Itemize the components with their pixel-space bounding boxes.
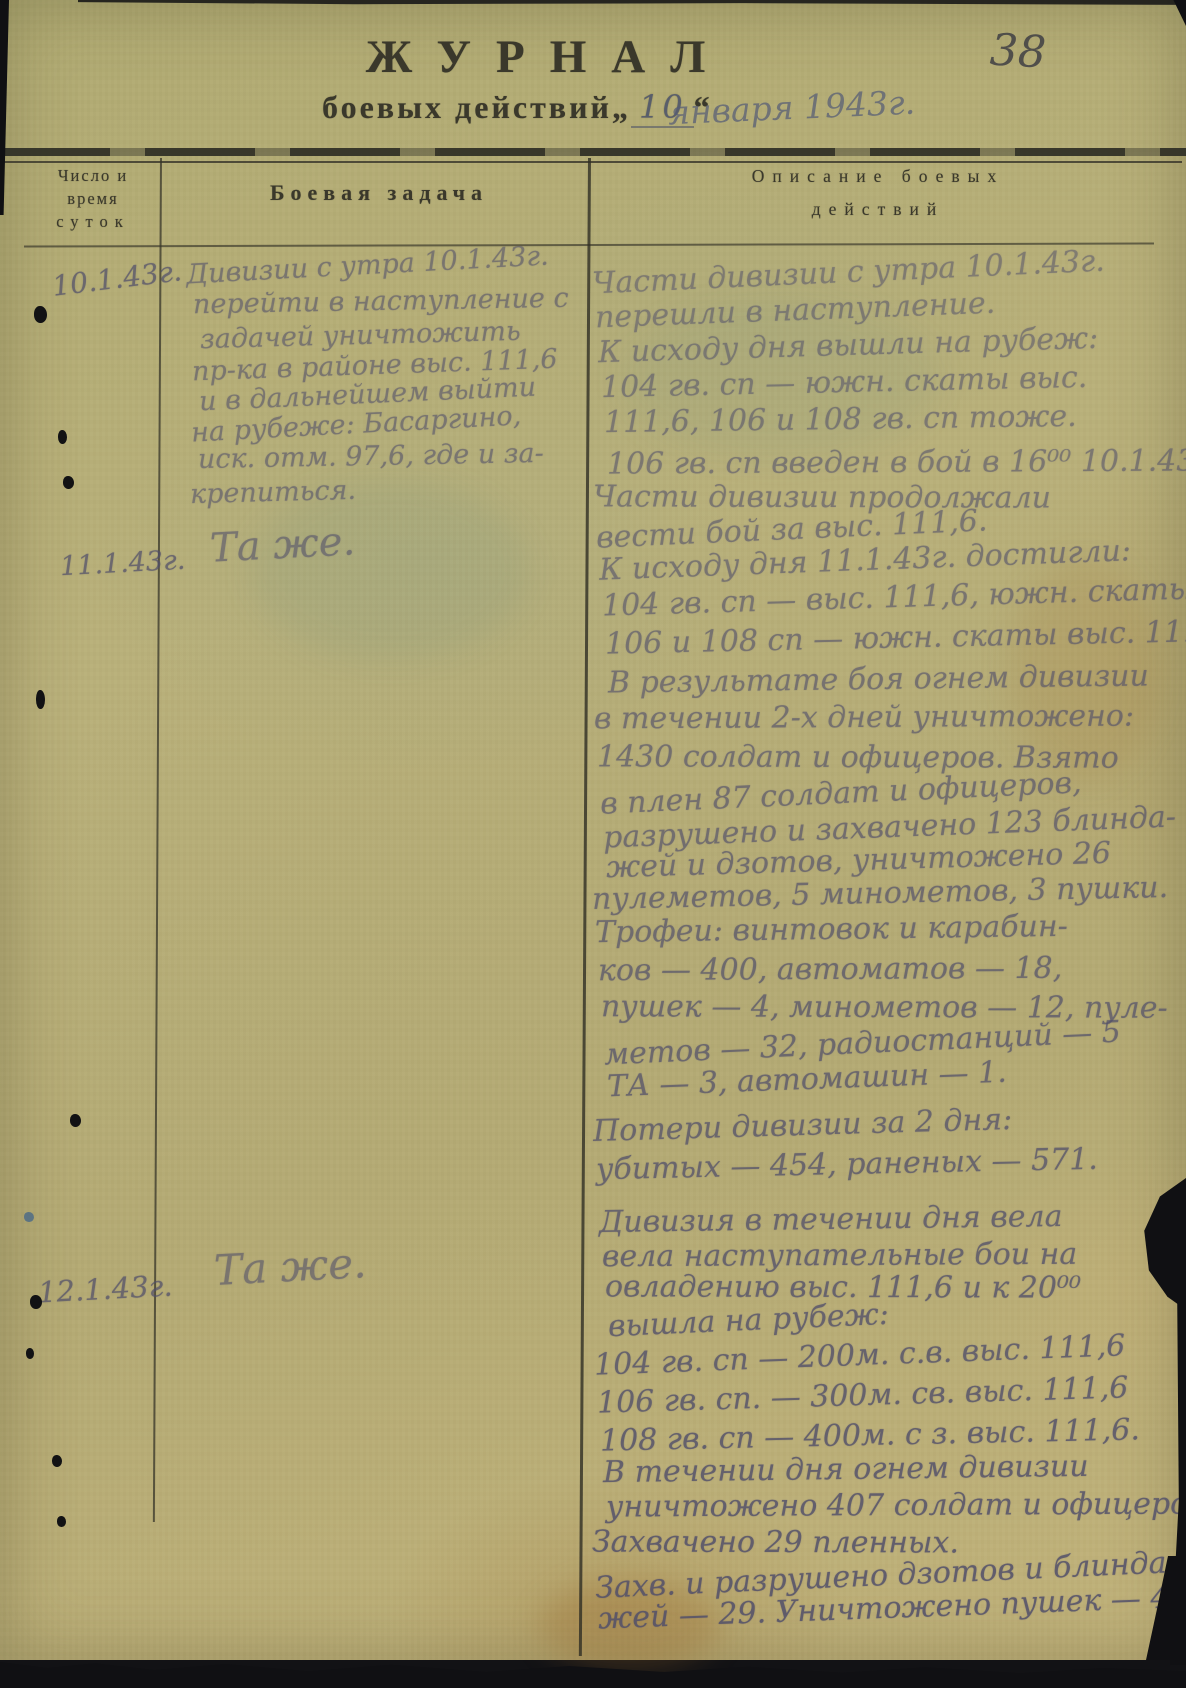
binding-hole [26, 1348, 34, 1359]
description-line: ков — 400, автоматов — 18, [598, 951, 1062, 988]
description-line: В течении дня огнем дивизии [603, 1449, 1089, 1490]
binding-hole [63, 476, 74, 489]
task-line: иск. отм. 97,6, где и за- [198, 438, 544, 475]
column-header-line: Число и [26, 164, 160, 187]
subtitle-open-quote: „ [612, 89, 631, 125]
description-line: Трофеи: винтовок и карабин- [595, 909, 1068, 950]
subtitle-printed-text: боевых действий [322, 89, 612, 125]
description-line: Захвачено 29 пленных. [592, 1525, 959, 1561]
description-line: В результате боя огнем дивизии [608, 658, 1149, 700]
page-number: 38 [989, 25, 1048, 79]
column-header-line: Описание боевых [600, 160, 1156, 193]
description-line: убитых — 454, раненых — 571. [596, 1142, 1098, 1188]
column-header-line: действий [600, 193, 1156, 226]
binding-hole [36, 690, 45, 709]
table-top-rule-thick [0, 148, 1186, 156]
binding-hole [70, 1114, 81, 1127]
binding-hole [57, 1516, 66, 1527]
scanned-journal-page: ЖУРНАЛ боевых действий„10“ января 1943г.… [0, 0, 1186, 1688]
binding-hole [30, 1295, 42, 1309]
binding-hole [58, 430, 67, 444]
column-header-line: суток [26, 210, 160, 233]
description-line: Потери дивизии за 2 дня: [593, 1102, 1013, 1149]
column-header-description: Описание боевыхдействий [600, 160, 1156, 226]
task-line: крепиться. [190, 475, 357, 510]
table-column-divider-1 [153, 158, 162, 1522]
column-header-line: время [26, 187, 160, 210]
entry-date: 10.1.43г. [50, 254, 183, 303]
table-column-divider-2 [579, 158, 591, 1656]
binding-hole [52, 1455, 62, 1467]
journal-page-paper: ЖУРНАЛ боевых действий„10“ января 1943г.… [0, 0, 1186, 1660]
column-header-date-time: Число ивремясуток [26, 164, 160, 233]
column-header-combat-task: Боевая задача [170, 180, 588, 206]
description-line: Дивизия в течении дня вела [599, 1199, 1063, 1240]
entry-date: 12.1.43г. [37, 1269, 173, 1310]
binding-hole [34, 306, 47, 323]
entry-date: 11.1.43г. [59, 545, 186, 583]
description-line: 111,6, 106 и 108 гв. сп тоже. [604, 399, 1077, 440]
description-line: 106 гв. сп введен в бой в 16⁰⁰ 10.1.43г. [607, 443, 1186, 481]
task-line: Дивизии с утра 10.1.43г. [185, 241, 549, 291]
description-line: уничтожено 407 солдат и офицеров [606, 1486, 1186, 1524]
task-line: Та же. [209, 518, 356, 572]
journal-title: ЖУРНАЛ [338, 30, 758, 84]
task-line: Та же. [213, 1238, 368, 1295]
ink-dot [24, 1212, 34, 1222]
task-line: перейти в наступление с [193, 283, 569, 321]
description-line: в течении 2-х дней уничтожено: [594, 699, 1134, 737]
journal-subtitle: боевых действий„10“ [322, 88, 713, 126]
